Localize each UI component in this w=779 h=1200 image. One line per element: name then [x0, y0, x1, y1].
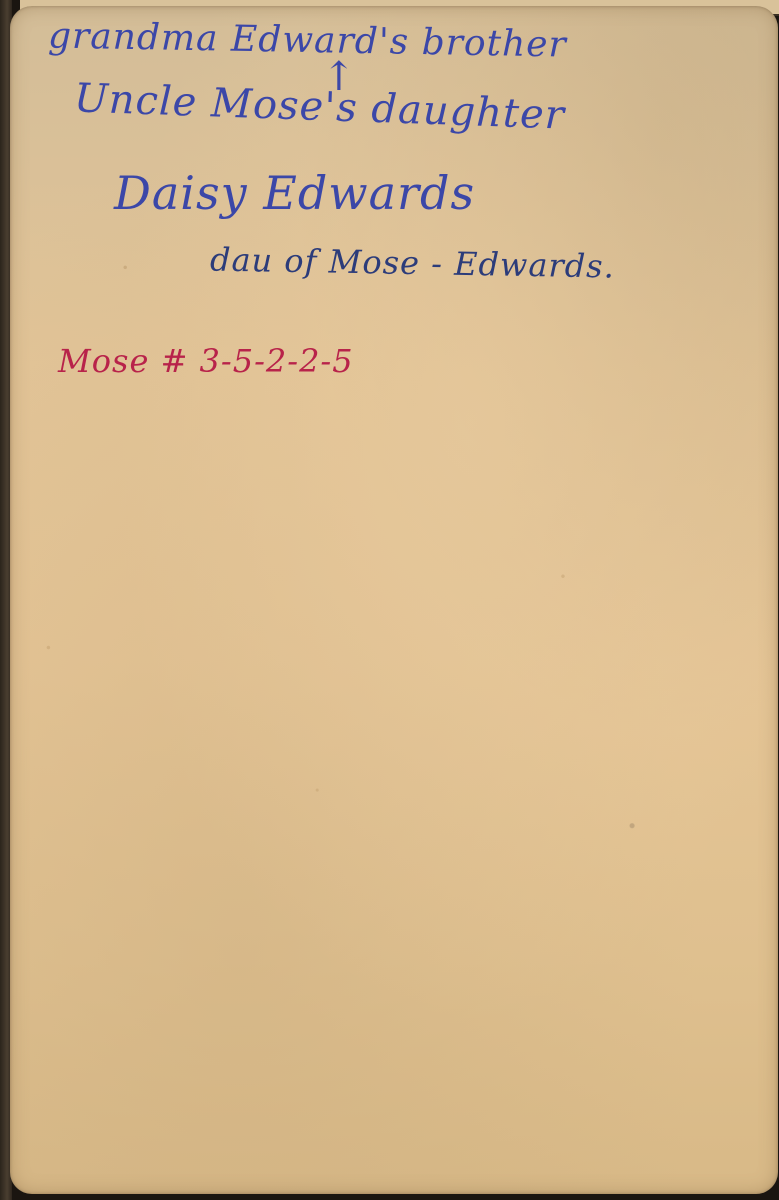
- annotation-uncle-mose-daughter: Uncle Mose's daughter: [73, 75, 565, 138]
- annotation-mose-number: Mose # 3-5-2-2-5: [58, 342, 354, 380]
- annotation-daisy-edwards: Daisy Edwards: [114, 166, 475, 220]
- annotation-dau-of-mose-edwards: dau of Mose - Edwards.: [210, 240, 615, 285]
- annotation-grandma-edwards-brother: grandma Edward's brother: [48, 15, 567, 65]
- cabinet-card: grandma Edward's brother ↑ Uncle Mose's …: [10, 6, 778, 1194]
- scanned-card-back: grandma Edward's brother ↑ Uncle Mose's …: [0, 0, 779, 1200]
